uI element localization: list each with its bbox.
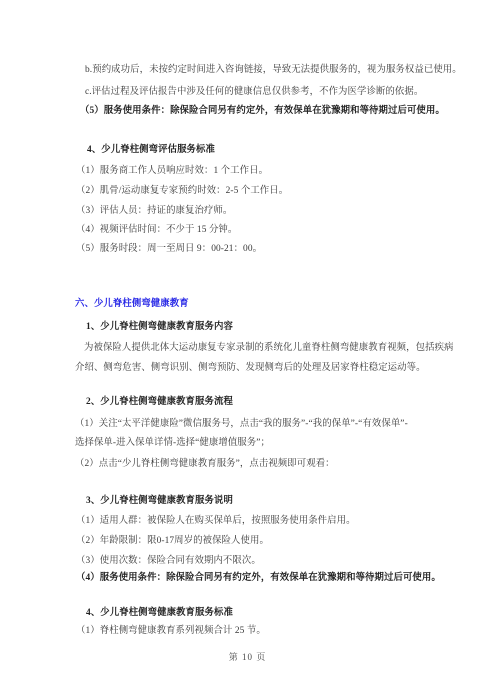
list-item: （5）服务时段：周一至周日 9：00-21：00。 xyxy=(76,243,262,255)
subsection-heading-standard: 4、少儿脊柱侧弯健康教育服务标准 xyxy=(86,607,233,619)
list-item: （3）使用次数：保险合同有效期内不限次。 xyxy=(76,555,261,567)
subsection-heading-eval-standard: 4、少儿脊柱侧弯评估服务标准 xyxy=(87,144,215,156)
document-page: b.预约成功后，未按约定时间进入咨询链接，导致无法提供服务的，视为服务权益已使用… xyxy=(0,0,495,700)
body-line-item-c: c.评估过程及评估报告中涉及任何的健康信息仅供参考，不作为医学诊断的依据。 xyxy=(85,86,423,98)
section-heading-health-education: 六、少儿脊柱侧弯健康教育 xyxy=(75,298,189,310)
body-line-usage-condition: （5）服务使用条件：除保险合同另有约定外，有效保单在犹豫期和等待期过后可使用。 xyxy=(80,105,445,117)
list-item: （2）年龄限制：限0-17周岁的被保险人使用。 xyxy=(76,535,269,547)
list-item-usage-condition: （4）服务使用条件：除保险合同另有约定外，有效保单在犹豫期和等待期过后可使用。 xyxy=(76,572,441,584)
process-step-line: （2）点击“少儿脊柱侧弯健康教育服务”，点击视频即可观看： xyxy=(75,458,335,470)
process-step-line: 选择保单-进入保单详情-选择“健康增值服务”； xyxy=(75,437,270,449)
list-item: （1）服务商工作人员响应时效：1 个工作日。 xyxy=(76,165,268,177)
body-line-item-b: b.预约成功后，未按约定时间进入咨询链接，导致无法提供服务的，视为服务权益已使用… xyxy=(85,64,462,76)
list-item: （1）脊柱侧弯健康教育系列视频合计 25 节。 xyxy=(76,625,266,637)
list-item: （1）适用人群：被保险人在购买保单后，按照服务使用条件启用。 xyxy=(76,515,356,527)
list-item: （3）评估人员：持证的康复治疗师。 xyxy=(76,205,232,217)
process-step-line: （1）关注“太平洋健康险”微信服务号，点击“我的服务”-“我的保单”-“有效保单… xyxy=(75,418,408,430)
list-item: （4）视频评估时间：不少于 15 分钟。 xyxy=(76,224,237,236)
paragraph-line: 为被保险人提供北体大运动康复专家录制的系统化儿童脊柱侧弯健康教育视频，包括疾病 xyxy=(84,342,454,354)
list-item: （2）肌骨/运动康复专家预约时效：2-5 个工作日。 xyxy=(76,185,288,197)
subsection-heading-content: 1、少儿脊柱侧弯健康教育服务内容 xyxy=(86,321,233,333)
paragraph-line: 介绍、侧弯危害、侧弯识别、侧弯预防、发现侧弯后的处理及居家脊柱稳定运动等。 xyxy=(75,362,426,374)
page-number: 第 10 页 xyxy=(0,650,495,663)
subsection-heading-notes: 3、少儿脊柱侧弯健康教育服务说明 xyxy=(86,495,233,507)
subsection-heading-process: 2、少儿脊柱侧弯健康教育服务流程 xyxy=(86,396,233,408)
